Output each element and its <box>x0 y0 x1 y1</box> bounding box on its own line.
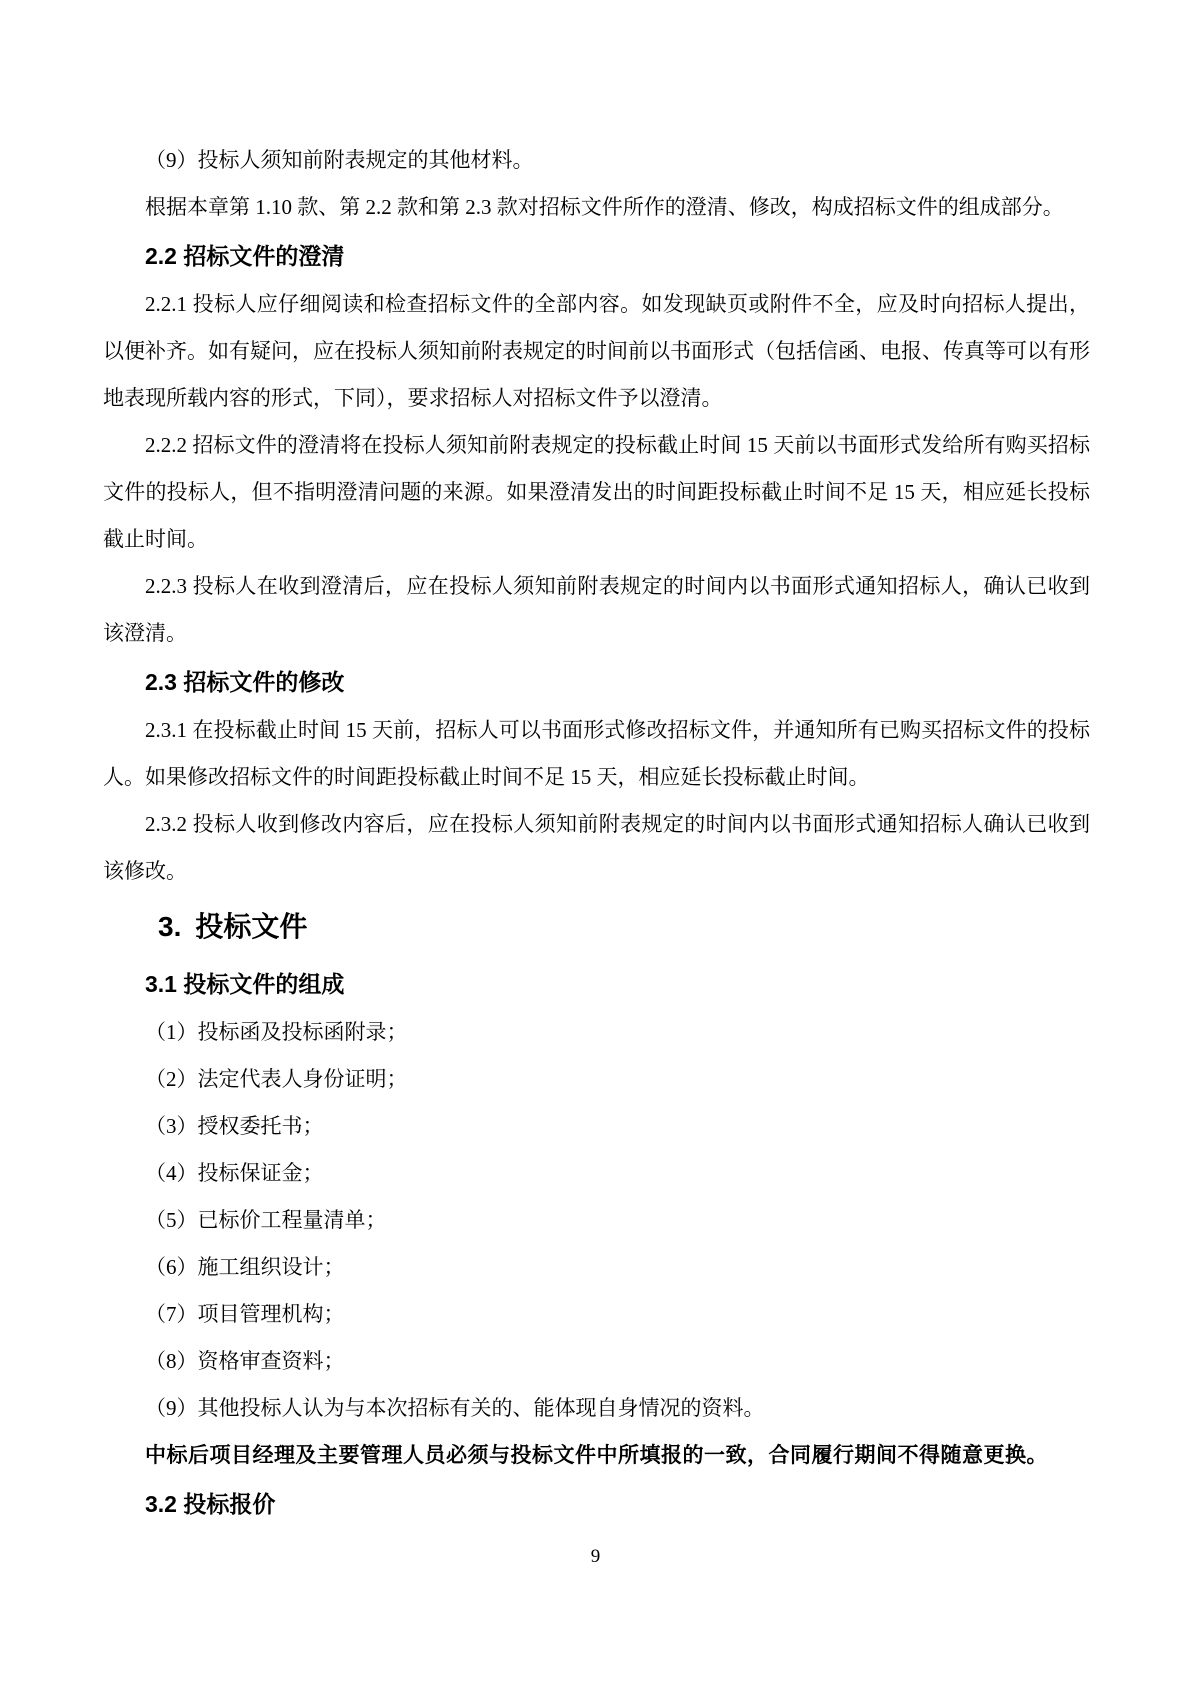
section-3-2-heading: 3.2 投标报价 <box>145 1479 1090 1529</box>
list-item-6: （6）施工组织设计； <box>103 1244 1090 1291</box>
page-number: 9 <box>0 1544 1191 1570</box>
list-item-9: （9）其他投标人认为与本次招标有关的、能体现自身情况的资料。 <box>103 1385 1090 1432</box>
prev-list-item-9: （9）投标人须知前附表规定的其他材料。 <box>103 137 1090 184</box>
list-item-2: （2）法定代表人身份证明； <box>103 1056 1090 1103</box>
section-3-heading: 3. 投标文件 <box>158 901 1090 953</box>
section-2-3-heading: 2.3 招标文件的修改 <box>145 657 1090 707</box>
paragraph-2-3-2: 2.3.2 投标人收到修改内容后，应在投标人须知前附表规定的时间内以书面形式通知… <box>103 801 1090 895</box>
clause-basis-paragraph: 根据本章第 1.10 款、第 2.2 款和第 2.3 款对招标文件所作的澄清、修… <box>103 184 1090 231</box>
bid-document-components-list: （1）投标函及投标函附录； （2）法定代表人身份证明； （3）授权委托书； （4… <box>103 1009 1090 1432</box>
list-item-8: （8）资格审查资料； <box>103 1338 1090 1385</box>
section-3-1-heading: 3.1 投标文件的组成 <box>145 959 1090 1009</box>
paragraph-2-2-2: 2.2.2 招标文件的澄清将在投标人须知前附表规定的投标截止时间 15 天前以书… <box>103 422 1090 563</box>
section-2-2-heading: 2.2 招标文件的澄清 <box>145 231 1090 281</box>
document-page: （9）投标人须知前附表规定的其他材料。 根据本章第 1.10 款、第 2.2 款… <box>0 0 1191 1684</box>
paragraph-2-3-1: 2.3.1 在投标截止时间 15 天前，招标人可以书面形式修改招标文件，并通知所… <box>103 707 1090 801</box>
paragraph-2-2-3: 2.2.3 投标人在收到澄清后，应在投标人须知前附表规定的时间内以书面形式通知招… <box>103 563 1090 657</box>
document-body: （9）投标人须知前附表规定的其他材料。 根据本章第 1.10 款、第 2.2 款… <box>103 137 1090 1529</box>
list-item-4: （4）投标保证金； <box>103 1150 1090 1197</box>
list-item-3: （3）授权委托书； <box>103 1103 1090 1150</box>
list-item-1: （1）投标函及投标函附录； <box>103 1009 1090 1056</box>
paragraph-2-2-1: 2.2.1 投标人应仔细阅读和检查招标文件的全部内容。如发现缺页或附件不全，应及… <box>103 281 1090 422</box>
list-item-7: （7）项目管理机构； <box>103 1291 1090 1338</box>
notice-bold-paragraph: 中标后项目经理及主要管理人员必须与投标文件中所填报的一致，合同履行期间不得随意更… <box>103 1432 1090 1479</box>
list-item-5: （5）已标价工程量清单； <box>103 1197 1090 1244</box>
